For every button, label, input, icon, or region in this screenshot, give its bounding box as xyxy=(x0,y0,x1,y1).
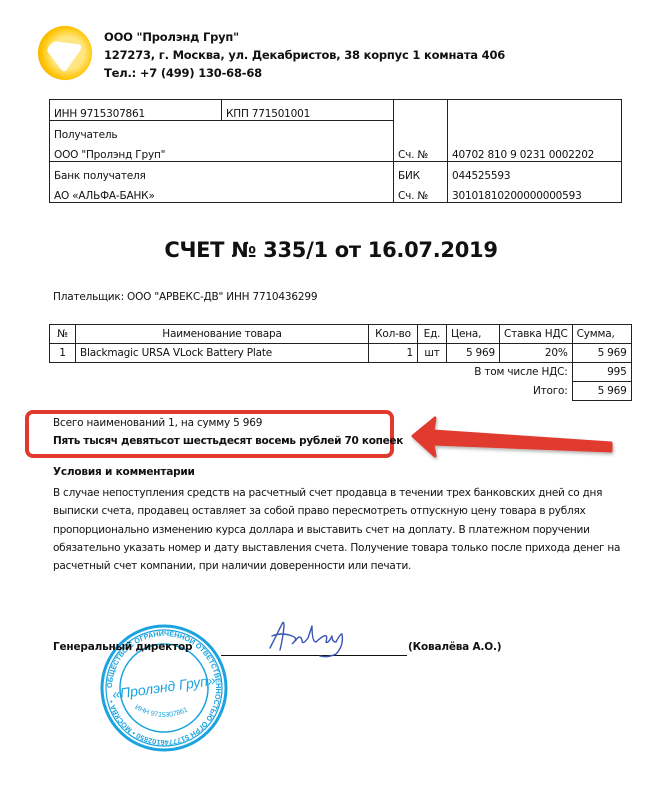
summary-in-words: Пять тысяч девятьсот шестьдесят восемь р… xyxy=(53,435,403,447)
red-arrow-icon xyxy=(405,415,625,463)
summary-count: Всего наименований 1, на сумму 5 969 xyxy=(53,417,262,429)
table-row: 1 Blackmagic URSA VLock Battery Plate 1 … xyxy=(50,344,632,363)
vat-value: 995 xyxy=(572,363,631,382)
invoice-title: СЧЕТ № 335/1 от 16.07.2019 xyxy=(0,238,662,262)
cell-price: 5 969 xyxy=(447,344,500,363)
account-number: 40702 810 9 0231 0002202 xyxy=(448,141,622,162)
recipient-label: Получатель xyxy=(50,121,394,142)
bank-label: Банк получателя xyxy=(50,162,394,183)
terms-line: В случае непоступления средств на расчет… xyxy=(53,484,623,502)
col-header-vat: Ставка НДС xyxy=(500,325,573,344)
cell-unit: шт xyxy=(418,344,447,363)
cell-num: 1 xyxy=(50,344,76,363)
company-phone: Тел.: +7 (499) 130-68-68 xyxy=(104,64,505,82)
signatory-name: (Ковалёва А.О.) xyxy=(408,641,501,653)
items-table: № Наименование товара Кол-во Ед. Цена, С… xyxy=(49,324,632,401)
terms-line: обязательно указать номер и дату выставл… xyxy=(53,539,623,557)
payer-info: Плательщик: ООО "АРВЕКС-ДВ" ИНН 77104362… xyxy=(53,291,317,303)
corr-account-number: 30101810200000000593 xyxy=(448,182,622,203)
terms-body: В случае непоступления средств на расчет… xyxy=(53,484,623,575)
total-label: Итого: xyxy=(50,382,573,401)
vat-row: В том числе НДС: 995 xyxy=(50,363,632,382)
empty-cell xyxy=(448,100,622,121)
company-info: ООО "Пролэнд Груп" 127273, г. Москва, ул… xyxy=(104,28,505,82)
terms-line: выписки счета, продавец оставляет за соб… xyxy=(53,502,623,520)
bank-details-table: ИНН 9715307861 КПП 771501001 Получатель … xyxy=(49,99,622,203)
cell-sum: 5 969 xyxy=(572,344,631,363)
table-header-row: № Наименование товара Кол-во Ед. Цена, С… xyxy=(50,325,632,344)
company-address: 127273, г. Москва, ул. Декабристов, 38 к… xyxy=(104,46,505,64)
svg-text:«Пролэнд Груп»: «Пролэнд Груп» xyxy=(111,672,217,702)
handwritten-signature-icon xyxy=(262,612,362,660)
cell-name: Blackmagic URSA VLock Battery Plate xyxy=(76,344,369,363)
total-row: Итого: 5 969 xyxy=(50,382,632,401)
corr-account-label: Сч. № xyxy=(394,182,448,203)
cell-qty: 1 xyxy=(369,344,418,363)
col-header-unit: Ед. xyxy=(418,325,447,344)
terms-title: Условия и комментарии xyxy=(53,466,195,478)
account-label: Сч. № xyxy=(394,141,448,162)
total-value: 5 969 xyxy=(572,382,631,401)
terms-line: расчетный счет компании, при наличии дов… xyxy=(53,557,623,575)
inn-cell: ИНН 9715307861 xyxy=(50,100,222,121)
signatory-position: Генеральный директор xyxy=(53,641,192,653)
cell-vat-rate: 20% xyxy=(500,344,573,363)
vat-label: В том числе НДС: xyxy=(50,363,573,382)
bik-label: БИК xyxy=(394,162,448,183)
col-header-name: Наименование товара xyxy=(76,325,369,344)
svg-text:ИНН 9715307861: ИНН 9715307861 xyxy=(134,704,189,719)
bik-value: 044525593 xyxy=(448,162,622,183)
company-name: ООО "Пролэнд Груп" xyxy=(104,28,505,46)
kpp-cell: КПП 771501001 xyxy=(222,100,394,121)
col-header-num: № xyxy=(50,325,76,344)
col-header-price: Цена, xyxy=(447,325,500,344)
empty-cell xyxy=(448,121,622,142)
col-header-sum: Сумма, xyxy=(572,325,631,344)
bank-name: АО «АЛЬФА-БАНК» xyxy=(50,182,394,203)
recipient-name: ООО "Пролэнд Груп" xyxy=(50,141,394,162)
empty-cell xyxy=(394,100,448,121)
empty-cell xyxy=(394,121,448,142)
terms-line: пропорционально изменению курса доллара … xyxy=(53,521,623,539)
col-header-qty: Кол-во xyxy=(369,325,418,344)
company-logo-icon xyxy=(36,24,94,82)
